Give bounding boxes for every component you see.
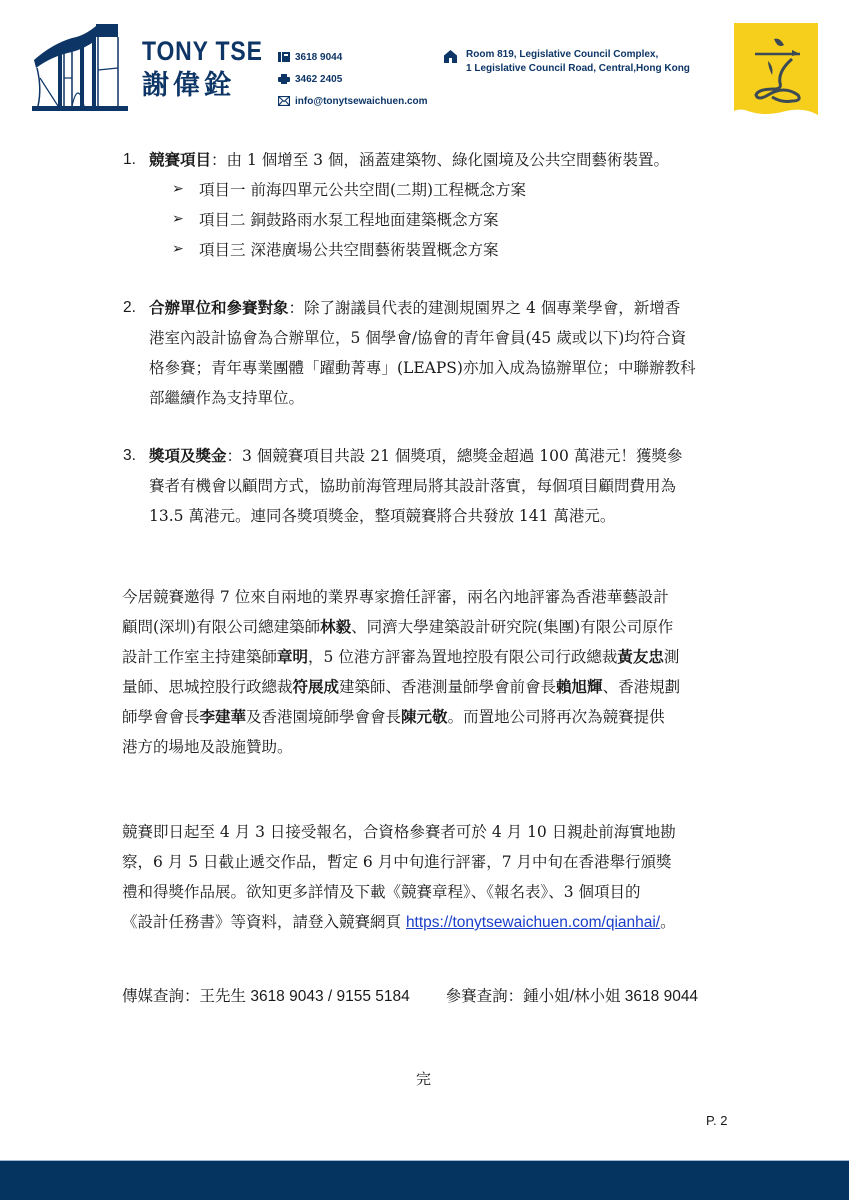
arrow-bullet-icon: ➢	[172, 181, 184, 197]
fax-row: 3462 2405	[278, 68, 428, 90]
judge-name: 黃友忠	[617, 647, 664, 666]
judge-name: 章明	[277, 647, 308, 666]
page-number: P. 2	[706, 1113, 727, 1128]
paragraph-line: 《設計任務書》等資料，請登入競賽網頁 https://tonytsewaichu…	[122, 912, 676, 933]
paragraph-line: 師學會會長李建華及香港園境師學會會長陳元敬。而置地公司將再次為競賽提供	[122, 707, 665, 727]
judge-name: 林毅	[320, 617, 351, 636]
item-title: 合辦單位和參賽對象	[149, 298, 289, 317]
paragraph-line: 設計工作室主持建築師章明，5 位港方評審為置地控股有限公司行政總裁黃友忠測	[122, 647, 679, 667]
paragraph-line: 港方的場地及設施贊助。	[122, 737, 293, 757]
item-title: 獎項及獎金	[149, 446, 227, 465]
judge-name: 賴旭輝	[556, 677, 603, 696]
item-line: 競賽項目：由 1 個增至 3 個，涵蓋建築物、綠化園境及公共空間藝術裝置。	[149, 150, 669, 170]
email-row: info@tonytsewaichuen.com	[278, 90, 428, 112]
sub-item: 項目一 前海四單元公共空間(二期)工程概念方案	[199, 180, 526, 200]
media-enquiry-contact: 王先生 3618 9043 / 9155 5184	[200, 988, 410, 1005]
item-line: 部繼續作為支持單位。	[149, 388, 304, 408]
office-address: Room 819, Legislative Council Complex, 1…	[444, 48, 690, 76]
arrow-bullet-icon: ➢	[172, 211, 184, 227]
item-number: 3.	[123, 447, 136, 465]
footer-bar	[0, 1160, 849, 1200]
sub-item: 項目三 深港廣場公共空間藝術裝置概念方案	[199, 240, 498, 260]
brand-name-zh: 謝偉銓	[142, 68, 284, 102]
building-logo-icon	[32, 22, 128, 112]
paragraph-line: 禮和得獎作品展。欲知更多詳情及下載《競賽章程》、《報名表》、3 個項目的	[122, 882, 641, 902]
fax-icon	[278, 74, 290, 84]
judge-name: 符展成	[293, 677, 340, 696]
address-line-1: Room 819, Legislative Council Complex,	[466, 48, 690, 62]
competition-website-link[interactable]: https://tonytsewaichuen.com/qianhai/	[406, 914, 660, 931]
item-number: 1.	[123, 151, 136, 169]
phone-icon	[278, 52, 290, 62]
phone-number: 3618 9044	[295, 52, 342, 63]
entry-enquiry-label: 參賽查詢：	[446, 987, 524, 1005]
paragraph-line: 量師、思城控股行政總裁符展成建築師、香港測量師學會前會長賴旭輝、香港規劃	[122, 677, 680, 697]
enquiries-line: 傳媒查詢：王先生 3618 9043 / 9155 5184 參賽查詢：鍾小姐/…	[122, 986, 698, 1007]
paragraph-line: 今居競賽邀得 7 位來自兩地的業界專家擔任評審，兩名內地評審為香港華藝設計	[122, 587, 669, 607]
item-title: 競賽項目	[149, 150, 211, 169]
entry-enquiry-contact: 鍾小姐/林小姐 3618 9044	[523, 988, 698, 1005]
item-number: 2.	[123, 299, 136, 317]
judge-name: 李建華	[200, 707, 247, 726]
arrow-bullet-icon: ➢	[172, 241, 184, 257]
item-line: 合辦單位和參賽對象：除了謝議員代表的建測規園界之 4 個專業學會，新增香	[149, 298, 680, 318]
paragraph-line: 察，6 月 5 日截止遞交作品，暫定 6 月中旬進行評審，7 月中旬在香港舉行頒…	[122, 852, 672, 872]
end-mark: 完	[416, 1068, 431, 1089]
item-line: 格參賽；青年專業團體「躍動菁專」(LEAPS)亦加入成為協辦單位；中聯辦教科	[149, 358, 695, 378]
email-address[interactable]: info@tonytsewaichuen.com	[295, 96, 428, 107]
item-line: 賽者有機會以顧問方式，協助前海管理局將其設計落實，每個項目顧問費用為	[149, 476, 676, 496]
paragraph-line: 競賽即日起至 4 月 3 日接受報名，合資格參賽者可於 4 月 10 日親赴前海…	[122, 822, 676, 842]
media-enquiry-label: 傳媒查詢：	[122, 987, 200, 1005]
home-icon	[444, 50, 457, 63]
address-line-2: 1 Legislative Council Road, Central,Hong…	[466, 62, 690, 76]
item-line: 港室內設計協會為合辦單位，5 個學會/協會的青年會員(45 歲或以下)均符合資	[149, 328, 686, 348]
paragraph-line: 顧問(深圳)有限公司總建築師林毅、同濟大學建築設計研究院(集團)有限公司原作	[122, 617, 673, 637]
contact-info: 3618 9044 3462 2405 info@tonytsewaichuen…	[278, 46, 428, 112]
item-line: 獎項及獎金：3 個競賽項目共設 21 個獎項，總獎金超過 100 萬港元！獲獎參	[149, 446, 682, 466]
letterhead: TONY TSE 謝偉銓 3618 9044 3462 2405 info@to…	[0, 0, 849, 130]
legco-logo-icon	[734, 23, 818, 119]
brand-name-en: TONY TSE	[142, 36, 263, 66]
judge-name: 陳元敬	[401, 707, 448, 726]
sub-item: 項目二 銅鼓路雨水泵工程地面建築概念方案	[199, 210, 498, 230]
brand-name: TONY TSE 謝偉銓	[142, 36, 284, 102]
fax-number: 3462 2405	[295, 74, 342, 85]
phone-row: 3618 9044	[278, 46, 428, 68]
item-line: 13.5 萬港元。連同各獎項獎金，整項競賽將合共發放 141 萬港元。	[149, 506, 615, 526]
mail-icon	[278, 96, 290, 106]
